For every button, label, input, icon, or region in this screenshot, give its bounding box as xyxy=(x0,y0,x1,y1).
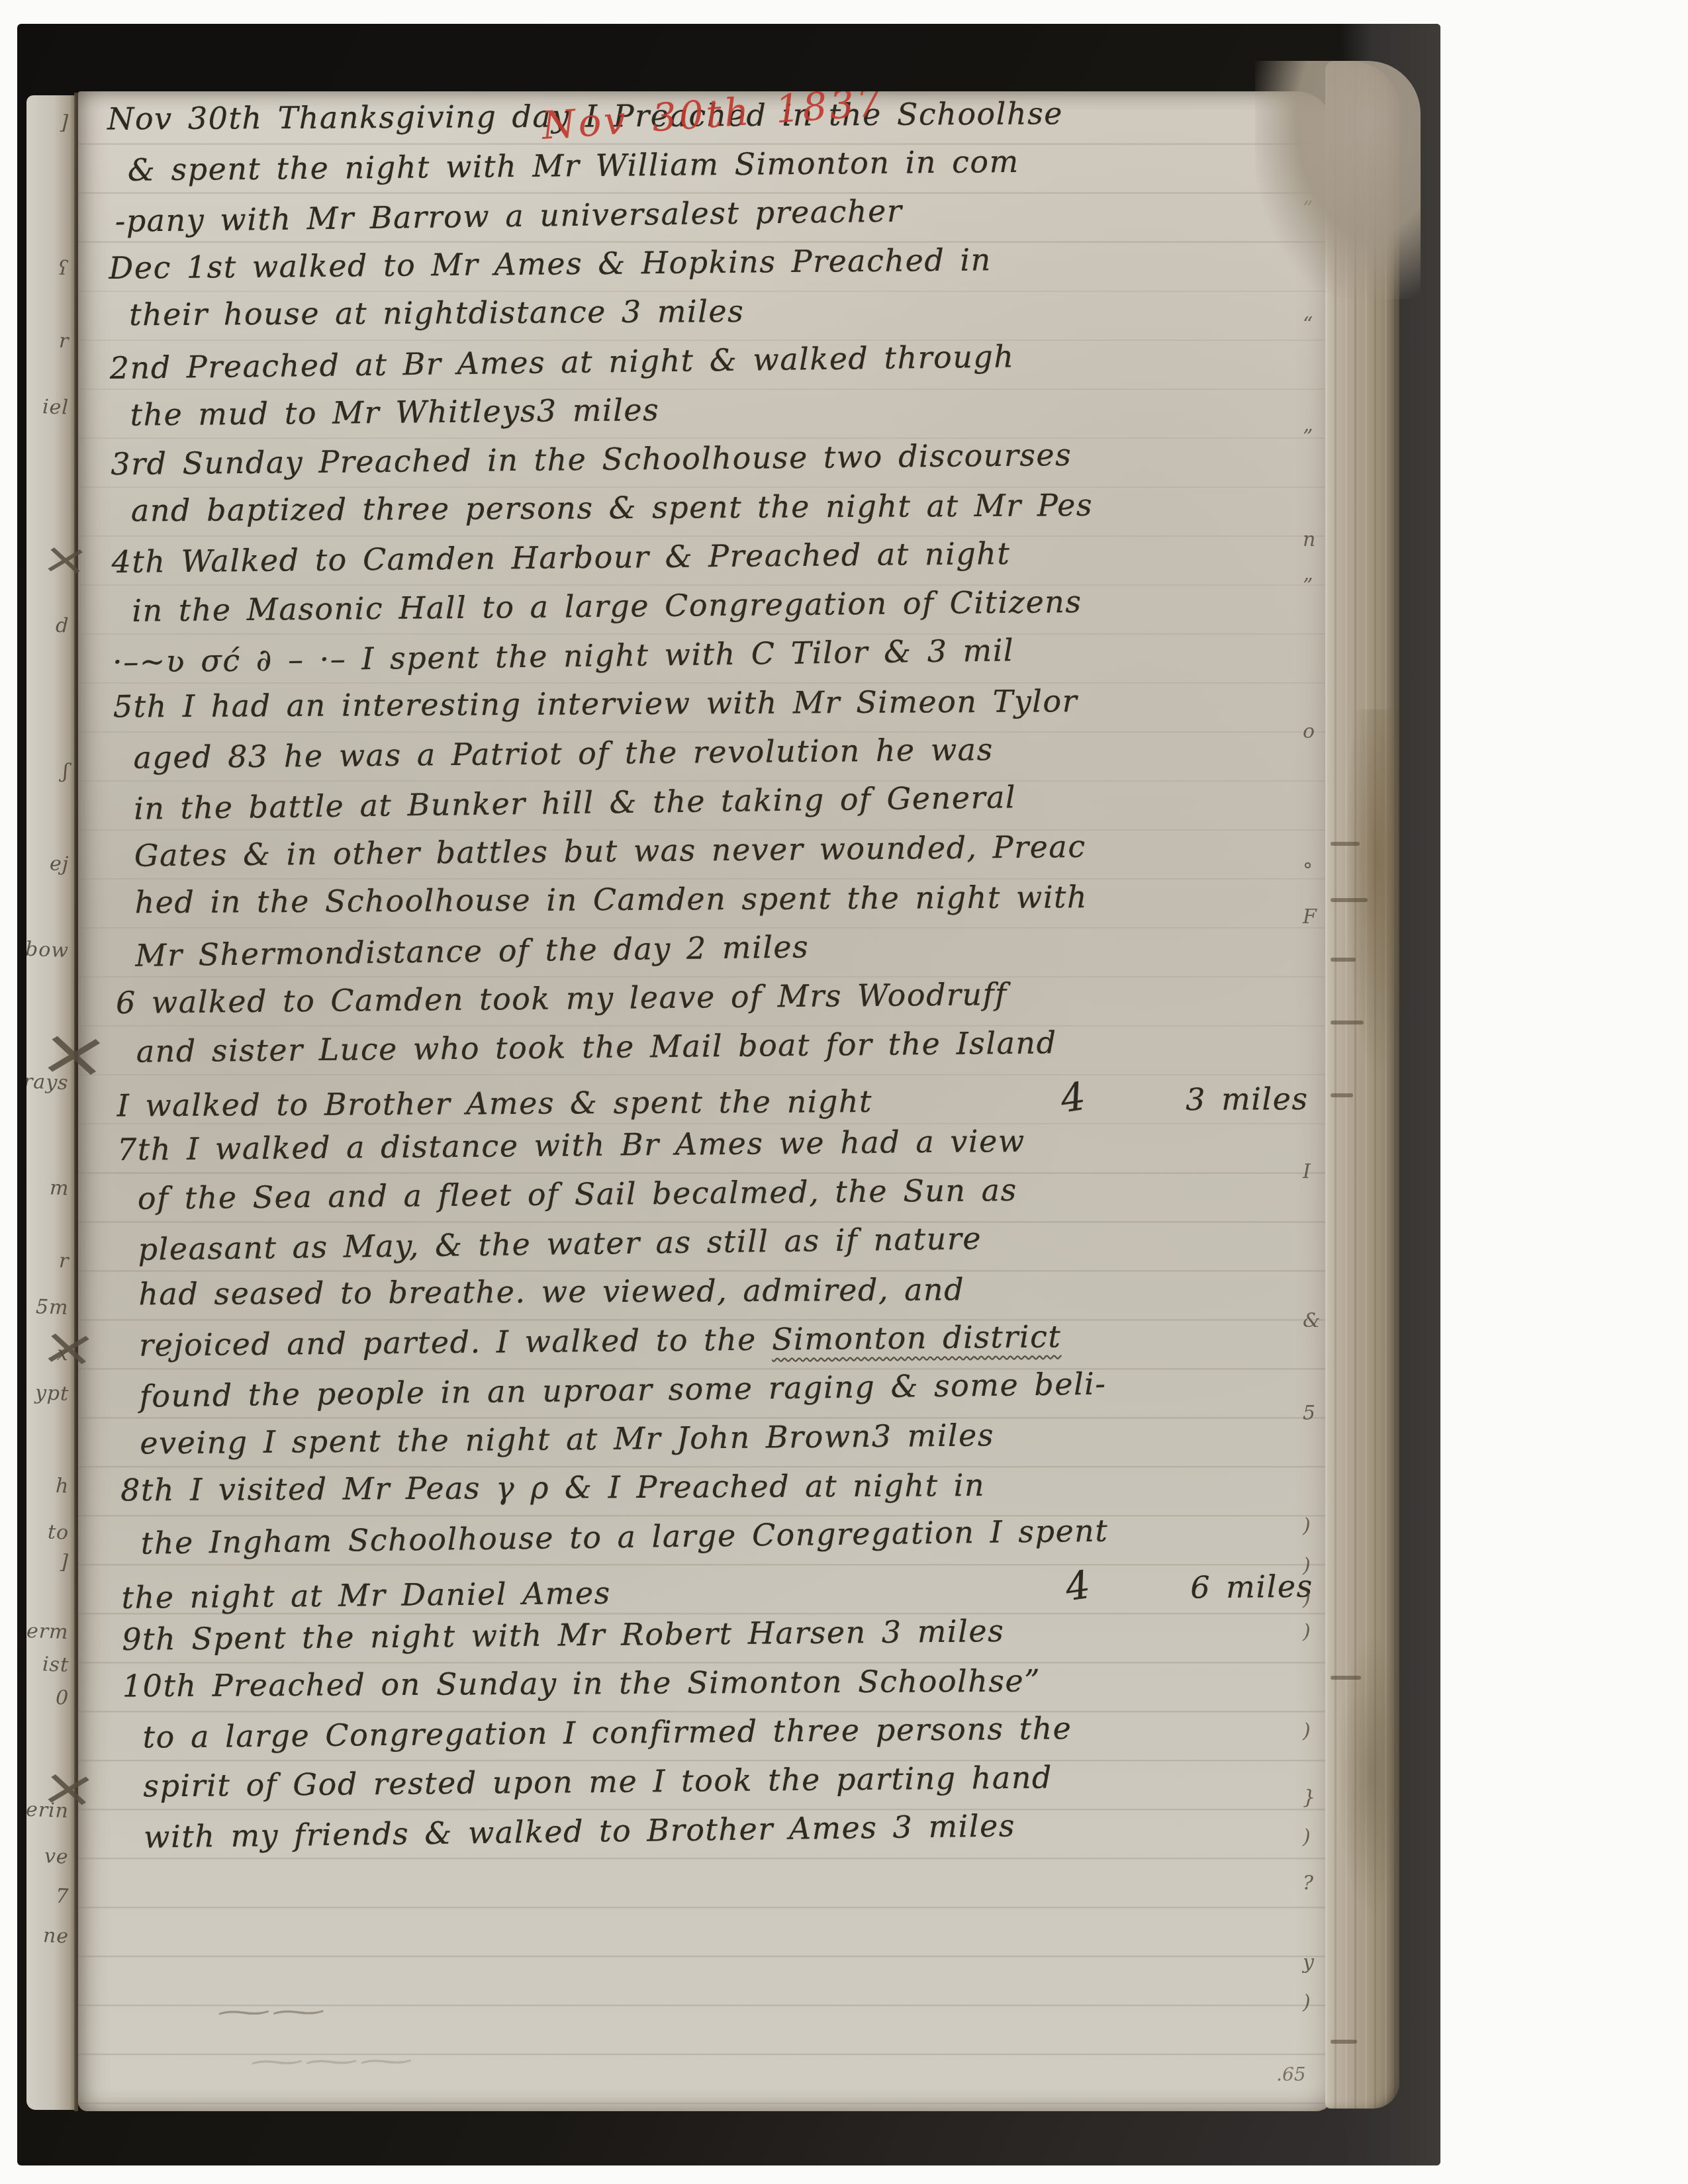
line-text: & spent the night with Mr William Simont… xyxy=(128,144,1019,188)
line-text: aged 83 he was a Patriot of the revoluti… xyxy=(133,731,994,775)
right-margin-mark: ) xyxy=(1303,1587,1311,1610)
right-margin-mark: ) xyxy=(1303,1514,1311,1537)
page-fragment: ypt xyxy=(34,1381,69,1406)
page-fragment: ve xyxy=(44,1844,70,1868)
right-margin-mark: F xyxy=(1303,905,1317,929)
scanned-document-canvas: ] ʕ r iel d ʃ ej bow rays m r 5m x ypt h… xyxy=(0,0,1688,2184)
margin-x-mark: × xyxy=(37,1761,101,1815)
page-fragment: ] xyxy=(60,1551,70,1574)
journal-line: 9th Spent the night with Mr Robert Harse… xyxy=(122,1610,1314,1670)
line-text: Mr Shermon xyxy=(135,935,346,974)
page-fragment: r xyxy=(58,1250,70,1273)
right-margin-mark: ” xyxy=(1303,574,1313,598)
right-margin-mark: I xyxy=(1303,1160,1311,1183)
page-fragment: 0 xyxy=(55,1686,69,1710)
line-right-text: 3 miles xyxy=(1186,1081,1309,1117)
page-fragment: ist xyxy=(42,1653,69,1676)
line-text: had seased to breathe. we viewed, admire… xyxy=(138,1271,964,1312)
right-margin-mark: ) xyxy=(1303,1719,1311,1743)
line-text: 10th Preached on Sunday in the Simonton … xyxy=(122,1662,1041,1704)
right-margin-mark: ° xyxy=(1303,859,1313,882)
underlined-phrase: Simonton district xyxy=(772,1318,1062,1357)
journal-line: and sister Luce who took the Mail boat f… xyxy=(116,1023,1308,1083)
right-margin-mark: } xyxy=(1303,1786,1315,1809)
fore-edge-crack xyxy=(1331,2040,1357,2044)
right-margin-mark: ) xyxy=(1303,1554,1311,1577)
right-margin-mark: ? xyxy=(1303,1872,1313,1895)
right-margin-mark: 5 xyxy=(1303,1402,1315,1425)
journal-line: I walked to Brother Ames & spent the nig… xyxy=(117,1073,1308,1129)
page-fragment: d xyxy=(55,614,69,638)
journal-line: 3rd Sunday Preached in the Schoolhouse t… xyxy=(111,435,1303,495)
bottom-right-mark: .65 xyxy=(1276,2064,1306,2085)
page-fragment: ʃ xyxy=(62,760,69,783)
page-fragment: r xyxy=(58,330,70,353)
line-text: rejoiced and parted. I walked to the Sim… xyxy=(139,1318,1062,1363)
right-margin-mark: & xyxy=(1303,1309,1321,1332)
line-text: 8th I visited Mr Peas γ ρ & I Preached a… xyxy=(120,1467,985,1508)
line-text: I walked to Brother Ames & spent the nig… xyxy=(117,1083,872,1124)
fore-edge-crack xyxy=(1331,1093,1353,1097)
right-margin-mark: o xyxy=(1303,720,1315,743)
page-fragment: 7 xyxy=(55,1885,69,1909)
line-text: 5th I had an interesting interview with … xyxy=(113,683,1078,724)
journal-line: and baptized three persons & spent the n… xyxy=(111,486,1303,541)
right-margin-mark: ” xyxy=(1303,426,1313,449)
fore-edge-stain xyxy=(1345,709,1398,1080)
line-text: 4th Walked to Camden Harbour & Preached … xyxy=(111,535,1010,580)
page-fragment: m xyxy=(49,1176,70,1200)
line-flourish: 4 xyxy=(1058,1073,1090,1122)
page-fragment: ne xyxy=(42,1924,69,1948)
line-right-text: 3 miles xyxy=(537,392,660,429)
line-right-text: distance of the day 2 miles xyxy=(345,929,810,970)
right-margin-mark: ) xyxy=(1303,1991,1311,2014)
line-text: the night at Mr Daniel Ames xyxy=(121,1575,611,1615)
pencil-squiggle: ~~~ xyxy=(243,2046,408,2077)
page-fragment: bow xyxy=(26,938,70,962)
journal-line: had seased to breathe. we viewed, admire… xyxy=(118,1269,1310,1325)
right-margin-mark: y xyxy=(1303,1951,1314,1974)
line-text: their house at night xyxy=(129,295,469,332)
line-right-text: 3 miles xyxy=(871,1417,994,1454)
fore-edge-crack xyxy=(1331,898,1368,902)
right-margin-mark: “ xyxy=(1303,313,1313,336)
margin-x-mark: × xyxy=(38,537,92,582)
fore-edge-crack xyxy=(1331,1676,1361,1680)
line-text: 2nd Preached at Br Ames at night & walke… xyxy=(109,338,1014,386)
right-margin-mark: ) xyxy=(1303,1620,1311,1643)
fore-edge-crack xyxy=(1331,1021,1364,1024)
journal-line: 10th Preached on Sunday in the Simonton … xyxy=(122,1661,1314,1717)
scan-photo: ] ʕ r iel d ʃ ej bow rays m r 5m x ypt h… xyxy=(17,24,1440,2165)
page-fragment: ] xyxy=(60,111,70,134)
journal-page: Nov 30th 1837 Nov 30th Thanksgiving day … xyxy=(78,91,1333,2111)
journal-line: 5th I had an interesting interview with … xyxy=(113,682,1305,737)
line-text: and baptized three persons & spent the n… xyxy=(131,487,1093,528)
line-text: 9th Spent the night with Mr Robert Harse… xyxy=(122,1613,1004,1657)
page-fragment: ʕ xyxy=(57,257,69,281)
line-text: hed in the Schoolhouse in Camden spent t… xyxy=(134,879,1088,920)
pencil-squiggle: ~~ xyxy=(210,1997,320,2028)
page-fragment: erm xyxy=(26,1619,70,1644)
margin-x-mark: × xyxy=(37,1320,101,1375)
line-text: the mud to Mr Whitleys xyxy=(130,393,537,433)
margin-x-mark: × xyxy=(34,1019,115,1088)
line-text: 7th I walked a distance with Br Ames we … xyxy=(117,1123,1025,1167)
line-right-text: distance 3 miles xyxy=(468,293,744,330)
right-margin-mark: ) xyxy=(1303,1825,1311,1848)
page-fragment: h xyxy=(55,1475,70,1498)
right-margin-mark: n xyxy=(1303,528,1315,551)
page-fragment: to xyxy=(47,1520,69,1544)
page-fragment: ej xyxy=(49,852,69,876)
line-text: of the Sea and a fleet of Sail becalmed,… xyxy=(138,1172,1017,1216)
line-right-text: 6 miles xyxy=(1190,1569,1313,1606)
fore-edge-crack xyxy=(1331,958,1356,962)
fore-edge-crack xyxy=(1331,842,1360,846)
journal-text: Nov 30th Thanksgiving day I Preached in … xyxy=(107,92,1315,1866)
line-text: to a large Congregation I confirmed thre… xyxy=(142,1710,1072,1754)
line-flourish: 4 xyxy=(1062,1562,1094,1610)
fore-edge xyxy=(1325,61,1399,2109)
page-fragment: iel xyxy=(42,395,69,419)
